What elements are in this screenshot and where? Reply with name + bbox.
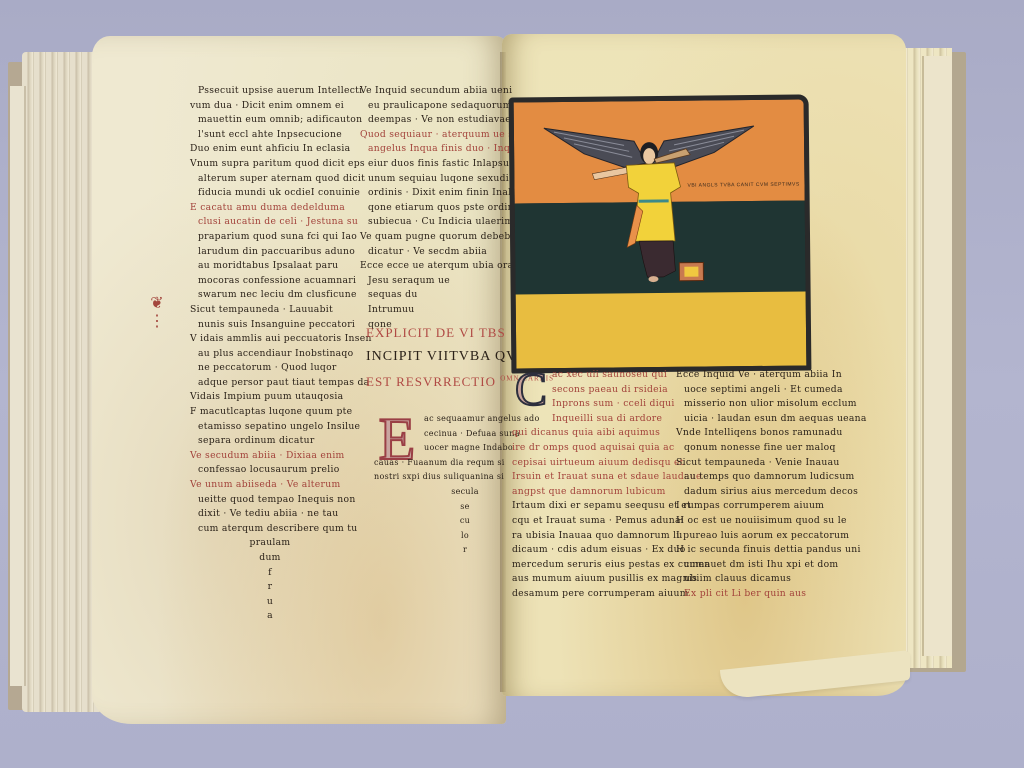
manuscript-line: ne peccatorum · Quod luqor bbox=[190, 361, 350, 376]
manuscript-line: uocer magne Indabo bbox=[420, 441, 510, 456]
manuscript-line: dicaum · cdis adum eisuas · Ex duo bbox=[512, 543, 662, 558]
angel-with-trumpet-icon bbox=[514, 99, 807, 368]
manuscript-line: Jesu seraqum ue bbox=[360, 274, 500, 289]
manuscript-line: F macutlcaptas luqone quum pte bbox=[190, 405, 350, 420]
manuscript-line: separa ordinum dicatur bbox=[190, 434, 350, 449]
manuscript-line: I rumpas corrumperem aiuum bbox=[676, 499, 826, 514]
manuscript-line: cqu et Irauat suma · Pemus adunai bbox=[512, 514, 662, 529]
manuscript-line: swarum nec leciu dm clusficune bbox=[190, 288, 350, 303]
manuscript-line: a bbox=[190, 609, 350, 624]
manuscript-line: cu bbox=[420, 514, 510, 529]
manuscript-line: alterum super aternam quod dicit bbox=[190, 172, 350, 187]
flower-ornament-icon: ❦⋮ bbox=[146, 294, 168, 330]
manuscript-line: cumauet dm isti Ihu xpi et dom bbox=[676, 558, 826, 573]
manuscript-line: fiducia mundi uk ocdieI conuinie bbox=[190, 186, 350, 201]
manuscript-line: praulam bbox=[190, 536, 350, 551]
manuscript-line: Vidais Impium puum utauqosia bbox=[190, 390, 350, 405]
manuscript-line: ire dr omps quod aquisai quia ac bbox=[512, 441, 662, 456]
manuscript-line: cauas · Fuaanum dia requm si bbox=[374, 456, 510, 471]
manuscript-line: nunis suis Insanguine peccatori bbox=[190, 318, 350, 333]
manuscript-line: r bbox=[190, 580, 350, 595]
manuscript-line: Ecce ecce ue aterqum ubia ora bbox=[360, 259, 500, 274]
manuscript-line: E cacatu amu duma dedelduma bbox=[190, 201, 350, 216]
manuscript-line: uicia · laudan esun dm aequas ueana bbox=[676, 412, 826, 427]
manuscript-line: Ecce Inquid Ve · aterqum abiia In bbox=[676, 368, 826, 383]
manuscript-line: ra ubisia Inauaa quo damnorum lu bbox=[512, 529, 662, 544]
right-page-column-1: ac xec uii saunoseu quisecons paeau di r… bbox=[512, 368, 662, 602]
manuscript-line: Ve secudum abiia · Dixiaa enim bbox=[190, 449, 350, 464]
left-page-column-1: Pssecuit upsise auerum Intellectivum dua… bbox=[190, 84, 350, 624]
manuscript-line: Ve Inquid secundum abiia ueni bbox=[360, 84, 500, 99]
manuscript-line: clusi aucatin de celi · Jestuna su bbox=[190, 215, 350, 230]
manuscript-line: deempas · Ve non estudiavae bbox=[360, 113, 500, 128]
right-page-column-2: Ecce Inquid Ve · aterqum abiia Inuoce se… bbox=[676, 368, 826, 602]
manuscript-line: subiecua · Cu Indicia ulaerim bbox=[360, 215, 500, 230]
manuscript-line: desamum pere corrumperam aiuum bbox=[512, 587, 662, 602]
manuscript-line: adque persor paut tiaut tempas da bbox=[190, 376, 350, 391]
manuscript-line: I pureao luis aorum ex peccatorum bbox=[676, 529, 826, 544]
manuscript-line: f bbox=[190, 566, 350, 581]
manuscript-line: Vnum supra paritum quod dicit eps bbox=[190, 157, 350, 172]
manuscript-line: dum bbox=[190, 551, 350, 566]
manuscript-line: H oc est ue nouiisimum quod su le bbox=[676, 514, 826, 529]
manuscript-line: ubiim clauus dicamus bbox=[676, 572, 826, 587]
manuscript-line: angpst que damnorum lubicum bbox=[512, 485, 662, 500]
manuscript-line: ordinis · Dixit enim finin Inalia bbox=[360, 186, 500, 201]
manuscript-line: praparium quod suna fci qui Iao bbox=[190, 230, 350, 245]
manuscript-line: Inprons sum · cceli diqui bbox=[512, 397, 662, 412]
manuscript-line: mauettin eum omnib; adificauton bbox=[190, 113, 350, 128]
manuscript-line: au moridtabus Ipsalaat paru bbox=[190, 259, 350, 274]
manuscript-line: Sicut tempauneda · Lauuabit bbox=[190, 303, 350, 318]
manuscript-line: Duo enim eunt ahficiu In eclasia bbox=[190, 142, 350, 157]
manuscript-line: Sicut tempauneda · Venie Inauau bbox=[676, 456, 826, 471]
manuscript-line: secons paeau di rsideia bbox=[512, 383, 662, 398]
manuscript-line: ac xec uii saunoseu qui bbox=[512, 368, 662, 383]
manuscript-line: Vnde Intelliqens bonos ramunadu bbox=[676, 426, 826, 441]
manuscript-line: eu praulicapone sedaquorum qd bbox=[360, 99, 500, 114]
manuscript-line: vum dua · Dicit enim omnem ei bbox=[190, 99, 350, 114]
rubric-explicit: EXPLICIT DE VI TBS bbox=[366, 325, 506, 341]
manuscript-line: au temps quo damnorum ludicsum bbox=[676, 470, 826, 485]
manuscript-line: dixit · Ve tediu abiia · ne tau bbox=[190, 507, 350, 522]
manuscript-line: confessao locusaurum prelio bbox=[190, 463, 350, 478]
manuscript-line: V idais ammlis aui peccuatoris Insen bbox=[190, 332, 350, 347]
manuscript-line: Inqueilli sua di ardore bbox=[512, 412, 662, 427]
manuscript-line: Ex pli cit Li ber quin aus bbox=[676, 587, 826, 602]
manuscript-line: ueitte quod tempao Inequis non bbox=[190, 493, 350, 508]
manuscript-line: u bbox=[190, 595, 350, 610]
manuscript-line: qonum nonesse fine uer maloq bbox=[676, 441, 826, 456]
manuscript-line: se bbox=[420, 500, 510, 515]
manuscript-line: larudum din paccuaribus aduno bbox=[190, 245, 350, 260]
manuscript-line: unum sequiau luqone sexudis bbox=[360, 172, 500, 187]
manuscript-line: secula bbox=[420, 485, 510, 500]
manuscript-line: qui dicanus quia aibi aquimus bbox=[512, 426, 662, 441]
manuscript-line: etamisso sepatino ungelo Insilue bbox=[190, 420, 350, 435]
manuscript-line: cecinua · Defuaa suna bbox=[420, 427, 510, 442]
manuscript-line: mocoras confessione acuamnari bbox=[190, 274, 350, 289]
manuscript-line: r bbox=[420, 543, 510, 558]
manuscript-line: cum aterqum describere qum tu bbox=[190, 522, 350, 537]
manuscript-line: eiur duos finis fastic Inlapsum bbox=[360, 157, 500, 172]
manuscript-line: au plus accendiaur Inobstinaqo bbox=[190, 347, 350, 362]
manuscript-line: uoce septimi angeli · Et cumeda bbox=[676, 383, 826, 398]
manuscript-line: Pssecuit upsise auerum Intellecti bbox=[190, 84, 350, 99]
manuscript-line: qone etiarum quos pste ordine bbox=[360, 201, 500, 216]
manuscript-line: Intrumuu bbox=[360, 303, 500, 318]
manuscript-line: lo bbox=[420, 529, 510, 544]
miniature-inscription: VBI ANGLS TVBA CANIT CVM SEPTIMVS bbox=[687, 182, 799, 189]
manuscript-line: cepisai uirtueum aiuum dedisqu et bbox=[512, 456, 662, 471]
text-after-initial: ac sequaamur angelus adocecinua · Defuaa… bbox=[420, 412, 510, 558]
manuscript-line: nostri sxpi dius suliquanina si bbox=[374, 470, 510, 485]
manuscript-line: Irsuin et Irauat suna et sdaue laudaue bbox=[512, 470, 662, 485]
manuscript-line: aus mumum aiuum pusillis ex magnis bbox=[512, 572, 662, 587]
manuscript-line: misserio non ulior misolum ecclum bbox=[676, 397, 826, 412]
manuscript-line: l'sunt eccl ahte Inpsecucione bbox=[190, 128, 350, 143]
manuscript-line: Irtaum dixi er sepamu seequsu et et bbox=[512, 499, 662, 514]
manuscript-line: dadum sirius aius mercedum decos bbox=[676, 485, 826, 500]
manuscript-line: ac sequaamur angelus ado bbox=[420, 412, 510, 427]
manuscript-line: Ve unum abiiseda · Ve alterum bbox=[190, 478, 350, 493]
manuscript-line: dicatur · Ve secdm abiia bbox=[360, 245, 500, 260]
left-page-column-2: Ve Inquid secundum abiia uenieu praulica… bbox=[360, 84, 500, 332]
manuscript-line: Quod sequiaur · aterquum ue sepaut bbox=[360, 128, 500, 143]
manuscript-line: H ic secunda finuis dettia pandus uni bbox=[676, 543, 826, 558]
manuscript-photo: Pssecuit upsise auerum Intellectivum dua… bbox=[0, 0, 1024, 768]
illuminated-miniature: VBI ANGLS TVBA CANIT CVM SEPTIMVS bbox=[509, 94, 812, 373]
manuscript-line: mercedum seruris eius pestas ex cumen bbox=[512, 558, 662, 573]
manuscript-line: Ve quam pugne quorum debeba bbox=[360, 230, 500, 245]
manuscript-line: sequas du bbox=[360, 288, 500, 303]
manuscript-line: angelus Inqua finis duo · Inquo bbox=[360, 142, 500, 157]
rubric-line-3: EST RESVRRECTIO bbox=[366, 374, 496, 389]
